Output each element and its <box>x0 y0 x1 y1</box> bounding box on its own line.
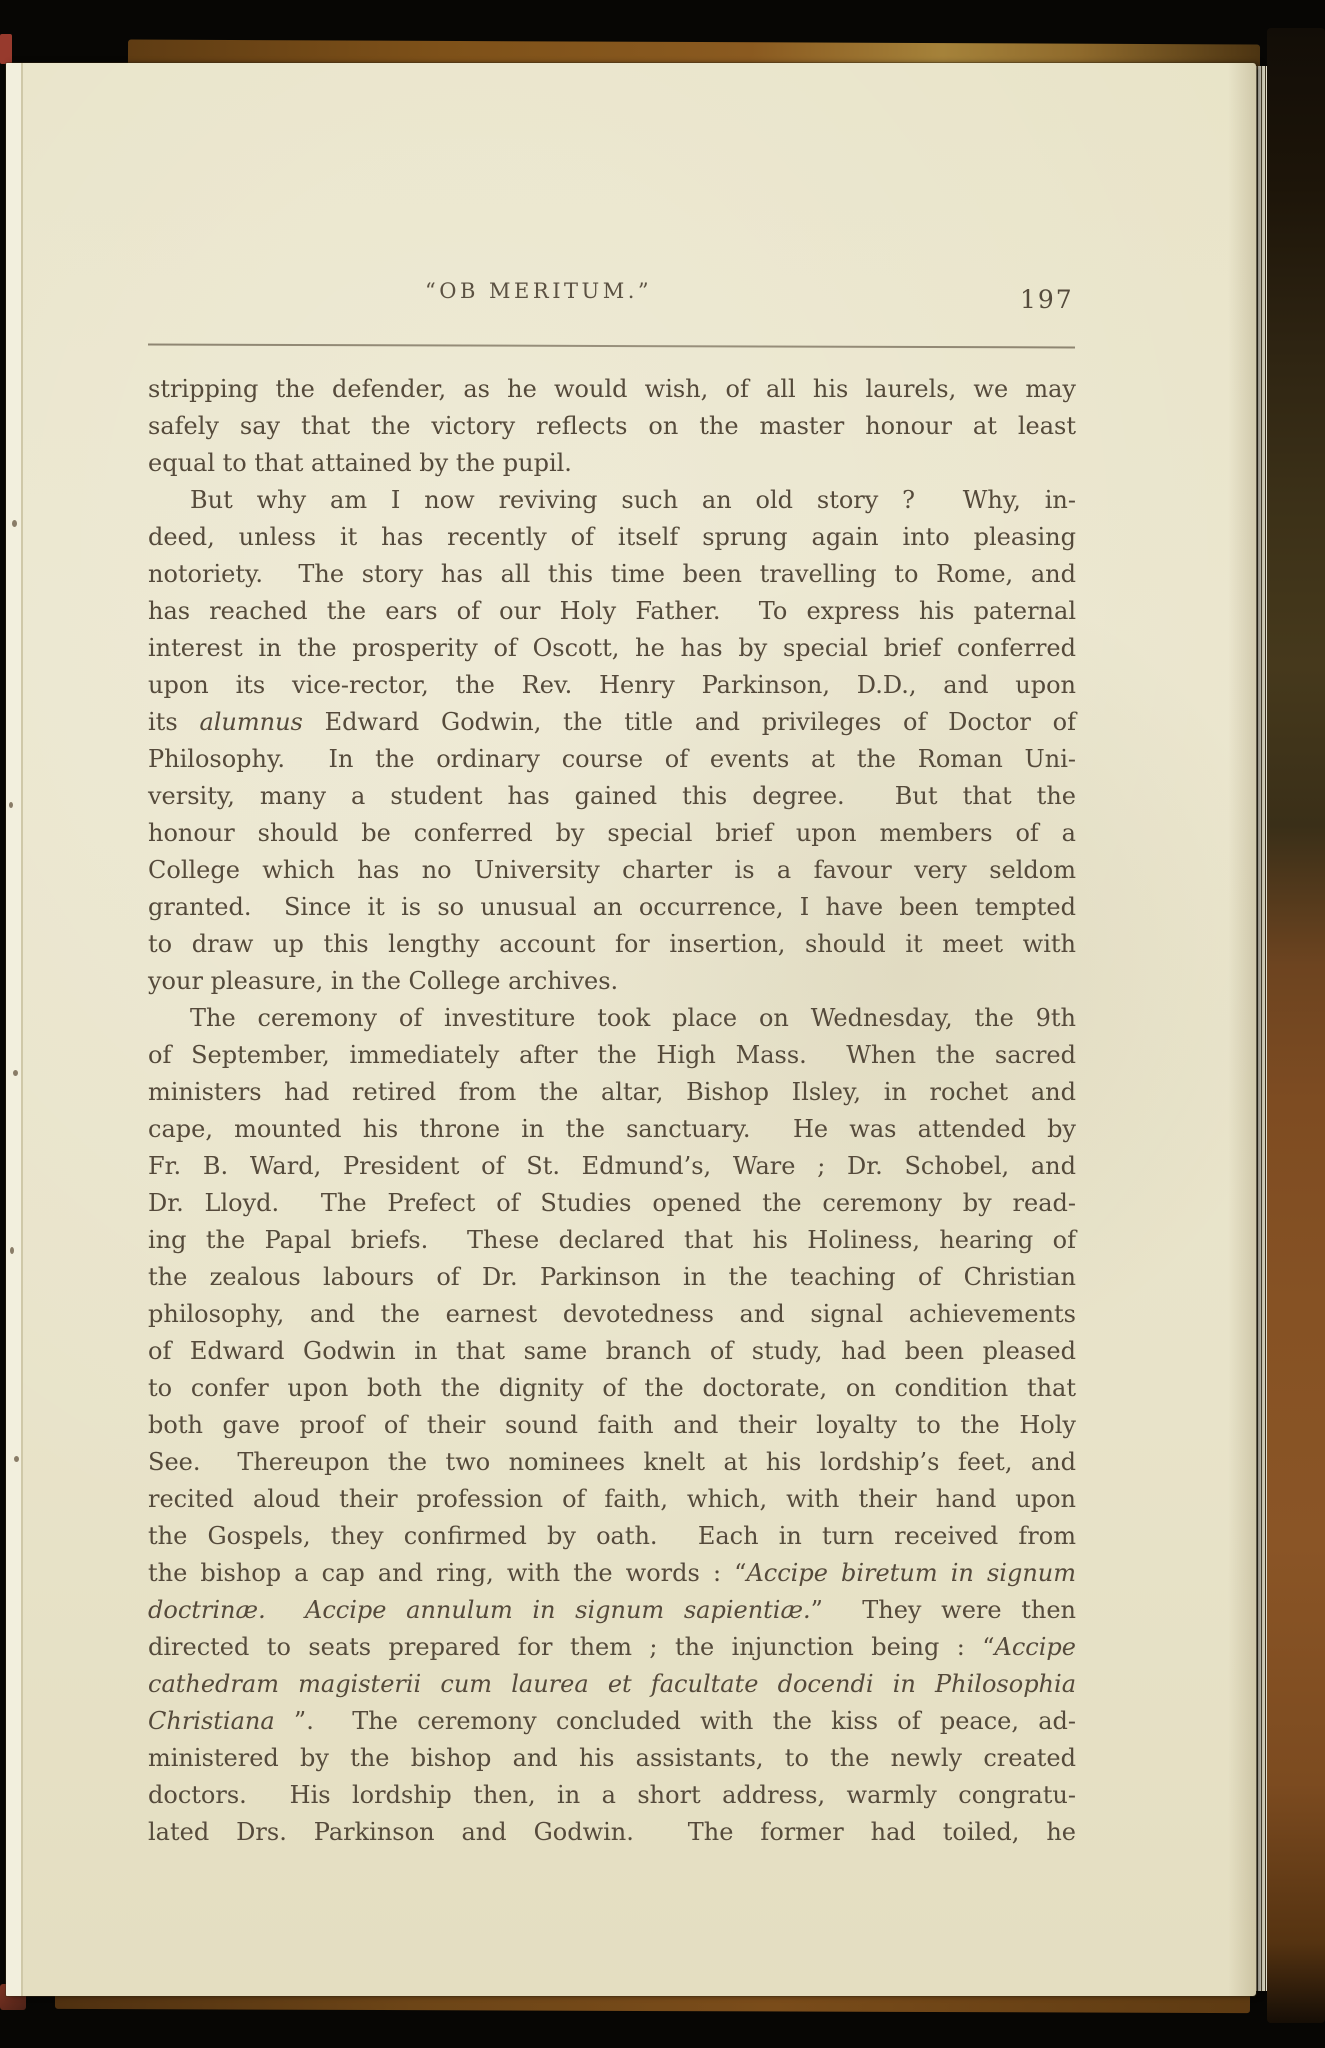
text-line: to draw up this lengthy account for inse… <box>148 926 1076 963</box>
text-line: cathedram magisterii cum laurea et facul… <box>148 1666 1076 1703</box>
book-scan-photo: “OB MERITUM.” 197 stripping the defender… <box>0 0 1325 2048</box>
page-number: 197 <box>1020 285 1074 314</box>
text-line: recited aloud their profession of faith,… <box>148 1481 1076 1518</box>
text-line: College which has no University charter … <box>148 852 1076 889</box>
text-line: But why am I now reviving such an old st… <box>148 482 1076 519</box>
text-line: both gave proof of their sound faith and… <box>148 1407 1076 1444</box>
page-edge-mark <box>10 1247 14 1254</box>
text-line: of September, immediately after the High… <box>148 1037 1076 1074</box>
text-line: its alumnus Edward Godwin, the title and… <box>148 704 1076 741</box>
text-line: Dr. Lloyd. The Prefect of Studies opened… <box>148 1185 1076 1222</box>
text-line: notoriety. The story has all this time b… <box>148 556 1076 593</box>
leather-binding <box>1267 28 1325 2023</box>
text-line: The ceremony of investiture took place o… <box>148 1000 1076 1037</box>
spine-fragment-top <box>0 34 12 64</box>
text-line: safely say that the victory reflects on … <box>148 408 1076 445</box>
page-edge-mark <box>14 1456 19 1462</box>
text-line: doctors. His lordship then, in a short a… <box>148 1777 1076 1814</box>
page-edge-mark <box>13 1070 18 1076</box>
text-line: upon its vice-rector, the Rev. Henry Par… <box>148 667 1076 704</box>
text-line: honour should be conferred by special br… <box>148 815 1076 852</box>
text-line: granted. Since it is so unusual an occur… <box>148 889 1076 926</box>
text-line: to confer upon both the dignity of the d… <box>148 1370 1076 1407</box>
text-line: has reached the ears of our Holy Father.… <box>148 593 1076 630</box>
running-header: “OB MERITUM.” <box>425 279 652 303</box>
text-line: lated Drs. Parkinson and Godwin. The for… <box>148 1814 1076 1851</box>
page-edge-mark <box>12 520 17 527</box>
text-line: your pleasure, in the College archives. <box>148 963 1076 1000</box>
text-line: ing the Papal briefs. These declared tha… <box>148 1222 1076 1259</box>
text-line: the zealous labours of Dr. Parkinson in … <box>148 1259 1076 1296</box>
text-line: Fr. B. Ward, President of St. Edmund’s, … <box>148 1148 1076 1185</box>
text-line: directed to seats prepared for them ; th… <box>148 1629 1076 1666</box>
text-line: deed, unless it has recently of itself s… <box>148 519 1076 556</box>
body-text: stripping the defender, as he would wish… <box>148 371 1076 1851</box>
text-line: cape, mounted his throne in the sanctuar… <box>148 1111 1076 1148</box>
text-line: Christiana ”. The ceremony concluded wit… <box>148 1703 1076 1740</box>
text-line: interest in the prosperity of Oscott, he… <box>148 630 1076 667</box>
text-line: ministered by the bishop and his assista… <box>148 1740 1076 1777</box>
text-line: of Edward Godwin in that same branch of … <box>148 1333 1076 1370</box>
text-line: Philosophy. In the ordinary course of ev… <box>148 741 1076 778</box>
text-line: philosophy, and the earnest devotedness … <box>148 1296 1076 1333</box>
text-line: stripping the defender, as he would wish… <box>148 371 1076 408</box>
text-line: See. Thereupon the two nominees knelt at… <box>148 1444 1076 1481</box>
text-line: doctrinæ. Accipe annulum in signum sapie… <box>148 1592 1076 1629</box>
text-line: ministers had retired from the altar, Bi… <box>148 1074 1076 1111</box>
text-line: the bishop a cap and ring, with the word… <box>148 1555 1076 1592</box>
text-line: the Gospels, they confirmed by oath. Eac… <box>148 1518 1076 1555</box>
paragraph: The ceremony of investiture took place o… <box>148 1000 1076 1851</box>
text-line: equal to that attained by the pupil. <box>148 445 1076 482</box>
paragraph: stripping the defender, as he would wish… <box>148 371 1076 482</box>
page-edge-mark <box>9 802 13 808</box>
paragraph: But why am I now reviving such an old st… <box>148 482 1076 1000</box>
text-line: versity, many a student has gained this … <box>148 778 1076 815</box>
